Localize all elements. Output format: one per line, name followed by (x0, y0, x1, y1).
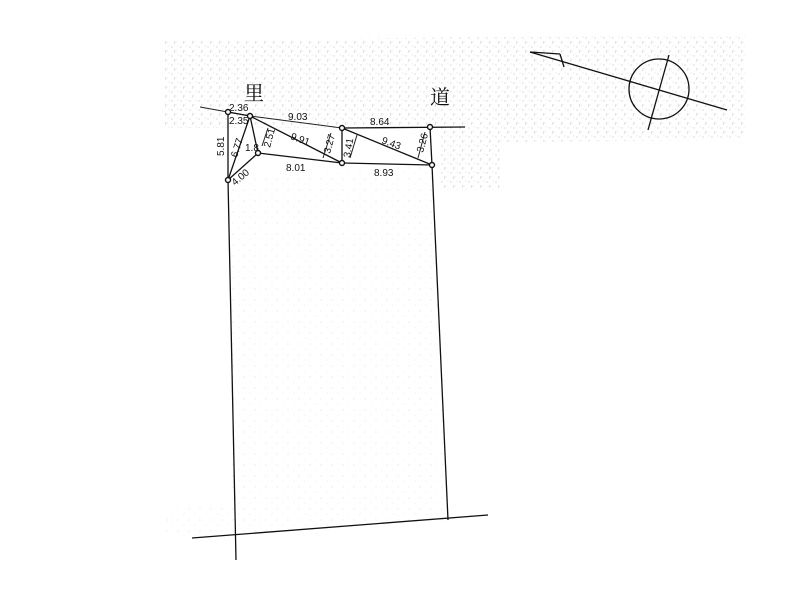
dim-label: 3.27 (322, 133, 338, 155)
dim-label: 2.35 (229, 116, 249, 127)
dim-label: 8.64 (370, 117, 390, 128)
road-label-right: 道 (430, 85, 450, 109)
dim-label: 2.51 (262, 127, 278, 149)
dim-label: 2.36 (229, 103, 249, 114)
dim-label: 3.41 (342, 137, 356, 159)
dim-label: 9.43 (380, 135, 402, 152)
dim-label: 9.03 (288, 112, 308, 123)
dim-label: 8.93 (374, 168, 394, 179)
road-label-left: 里 (244, 81, 264, 105)
dim-label: 8.01 (286, 163, 306, 174)
dim-label: 1.8 (245, 143, 259, 154)
survey-diagram: 里 道 2.36 2.35 5.81 6.77 1.8 4.00 2.51 9.… (0, 0, 800, 600)
lot-area (165, 165, 448, 540)
dim-label: 5.81 (216, 136, 227, 156)
dim-label: 3.26 (415, 132, 431, 154)
dim-label: 9.91 (289, 131, 311, 148)
road-area (165, 35, 745, 190)
dim-label: 6.77 (229, 137, 246, 159)
